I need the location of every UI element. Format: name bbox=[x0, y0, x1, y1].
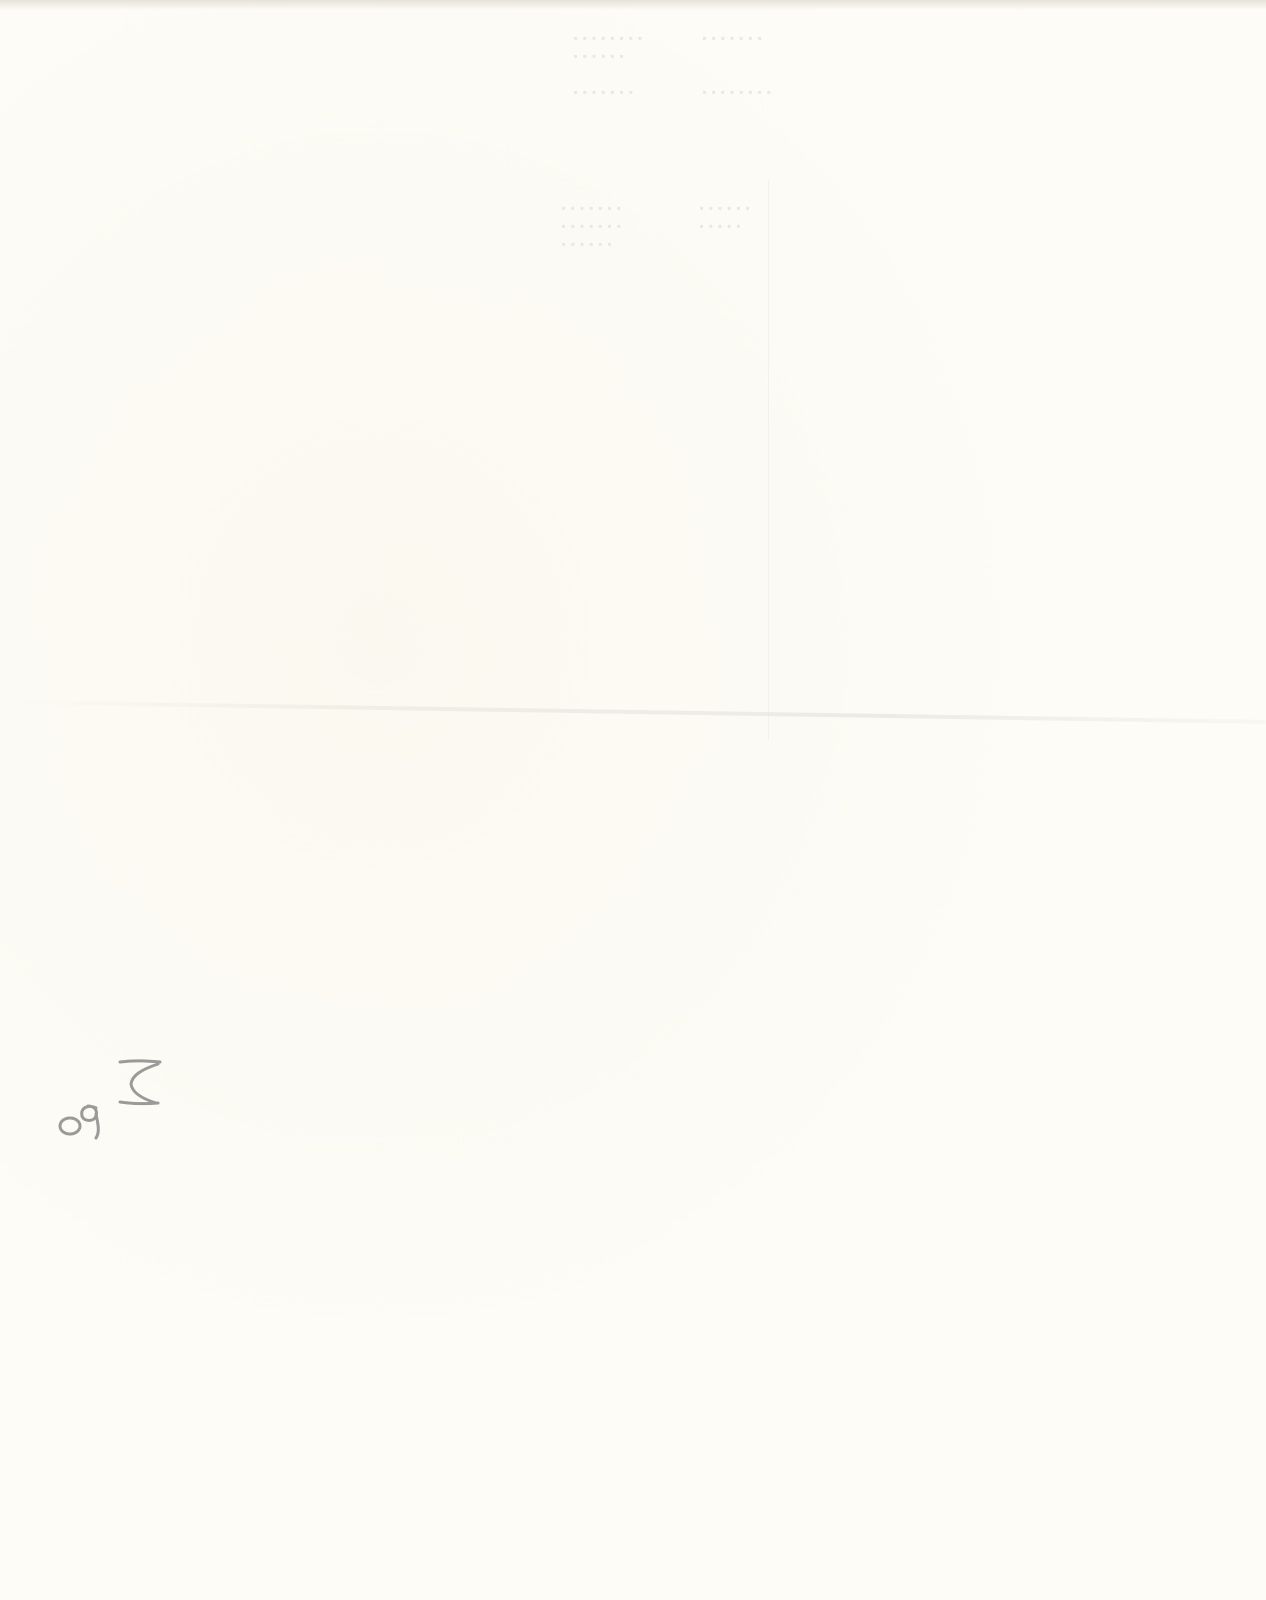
scan-top-edge-shadow bbox=[0, 0, 1266, 10]
paper-page: ▪▪▪▪▪▪▪▪ ▪▪▪▪▪▪▪ ▪▪▪▪▪▪ ▪▪▪▪▪▪▪ ▪▪▪▪▪▪▪▪… bbox=[0, 0, 1266, 1600]
handwritten-note-glyphs bbox=[36, 1000, 166, 1140]
show-through-text-block: ▪▪▪▪▪▪▪▪ ▪▪▪▪▪▪▪ ▪▪▪▪▪▪ ▪▪▪▪▪▪▪ ▪▪▪▪▪▪▪▪ bbox=[572, 30, 774, 102]
show-through-text-block: ▪▪▪▪▪▪▪ ▪▪▪▪▪▪ ▪▪▪▪▪▪▪ ▪▪▪▪▪ ▪▪▪▪▪▪ bbox=[560, 200, 753, 254]
handwritten-note: M 90 bbox=[36, 1000, 166, 1140]
paper-fold-line bbox=[0, 700, 1266, 724]
show-through-column-rule bbox=[768, 180, 769, 740]
